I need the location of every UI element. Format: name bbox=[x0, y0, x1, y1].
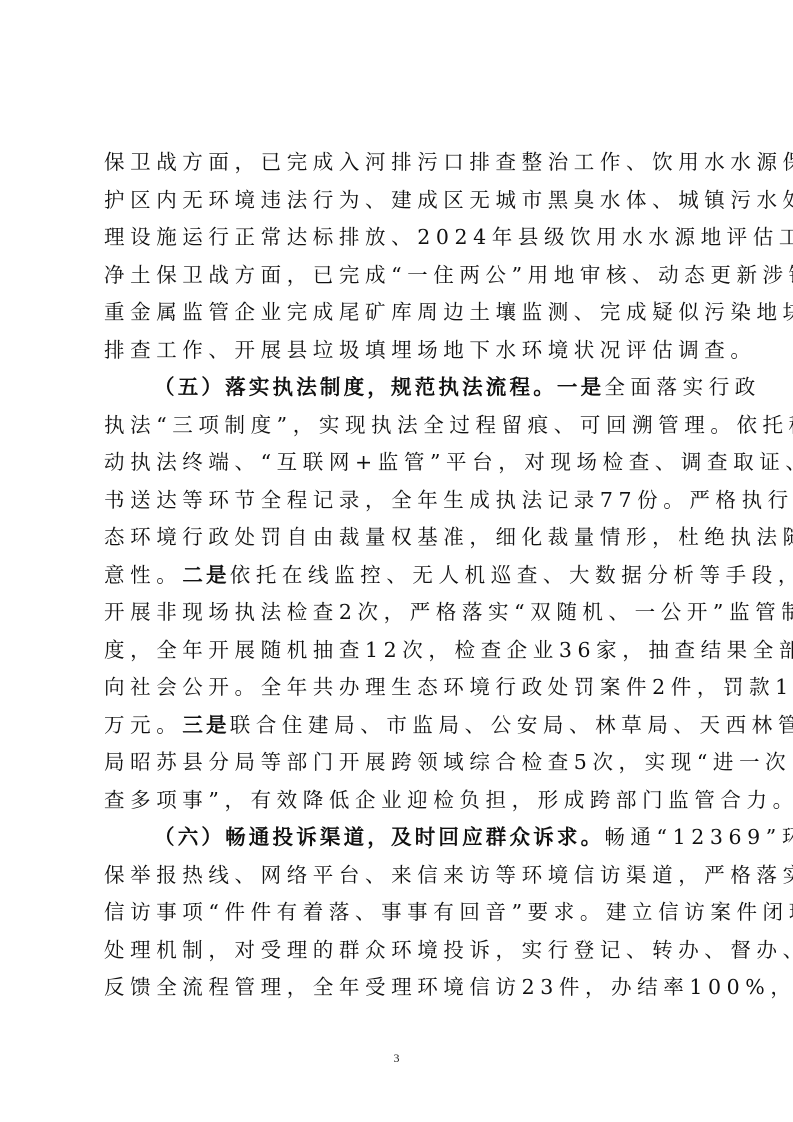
text-run: 信访事项“件件有着落、事事有回音”要求。建立信访案件闭环 bbox=[104, 900, 793, 924]
text-run: 开展非现场执法检查2次，严格落实“双随机、一公开”监管制 bbox=[104, 600, 793, 624]
text-run: 畅通“12369”环 bbox=[604, 825, 793, 849]
text-line: 信访事项“件件有着落、事事有回音”要求。建立信访案件闭环 bbox=[104, 894, 704, 932]
bold-text: 二是 bbox=[182, 563, 229, 587]
text-line: 动执法终端、“互联网+监管”平台，对现场检查、调查取证、文 bbox=[104, 444, 704, 482]
text-line: 万元。三是联合住建局、市监局、公安局、林草局、天西林管 bbox=[104, 707, 704, 745]
text-line: 保卫战方面，已完成入河排污口排查整治工作、饮用水水源保 bbox=[104, 144, 704, 182]
text-line: 意性。二是依托在线监控、无人机巡查、大数据分析等手段， bbox=[104, 557, 704, 595]
text-line: 排查工作、开展县垃圾填埋场地下水环境状况评估调查。 bbox=[104, 332, 704, 370]
bold-text: （五）落实执法制度，规范执法流程。一是 bbox=[154, 375, 604, 399]
text-run: 排查工作、开展县垃圾填埋场地下水环境状况评估调查。 bbox=[104, 338, 757, 362]
text-line: 局昭苏县分局等部门开展跨领域综合检查5次，实现“进一次门、 bbox=[104, 744, 704, 782]
text-run: 全面落实行政 bbox=[604, 375, 761, 399]
text-run: 净土保卫战方面，已完成“一住两公”用地审核、动态更新涉镉 bbox=[104, 263, 793, 287]
text-line: 重金属监管企业完成尾矿库周边土壤监测、完成疑似污染地块 bbox=[104, 294, 704, 332]
text-line: 理设施运行正常达标排放、2024年县级饮用水水源地评估工作。 bbox=[104, 219, 704, 257]
text-run: 保卫战方面，已完成入河排污口排查整治工作、饮用水水源保 bbox=[104, 150, 793, 174]
bold-text: 三是 bbox=[182, 713, 229, 737]
text-run: 向社会公开。全年共办理生态环境行政处罚案件2件，罚款1.8 bbox=[104, 675, 793, 699]
text-run: 理设施运行正常达标排放、2024年县级饮用水水源地评估工作。 bbox=[104, 225, 793, 249]
text-run: 处理机制，对受理的群众环境投诉，实行登记、转办、督办、 bbox=[104, 938, 793, 962]
text-line: 保举报热线、网络平台、来信来访等环境信访渠道，严格落实 bbox=[104, 857, 704, 895]
paragraph-heading-line: （五）落实执法制度，规范执法流程。一是全面落实行政 bbox=[104, 369, 704, 407]
text-line: 向社会公开。全年共办理生态环境行政处罚案件2件，罚款1.8 bbox=[104, 669, 704, 707]
text-run: 护区内无环境违法行为、建成区无城市黑臭水体、城镇污水处 bbox=[104, 188, 793, 212]
text-run: 意性。 bbox=[104, 563, 182, 587]
text-line: 查多项事”，有效降低企业迎检负担，形成跨部门监管合力。 bbox=[104, 782, 704, 820]
page-number: 3 bbox=[0, 1051, 793, 1066]
text-run: 联合住建局、市监局、公安局、林草局、天西林管 bbox=[230, 713, 793, 737]
text-line: 护区内无环境违法行为、建成区无城市黑臭水体、城镇污水处 bbox=[104, 182, 704, 220]
text-line: 态环境行政处罚自由裁量权基准，细化裁量情形，杜绝执法随 bbox=[104, 519, 704, 557]
text-run: 重金属监管企业完成尾矿库周边土壤监测、完成疑似污染地块 bbox=[104, 300, 793, 324]
text-line: 处理机制，对受理的群众环境投诉，实行登记、转办、督办、 bbox=[104, 932, 704, 970]
bold-text: （六）畅通投诉渠道，及时回应群众诉求。 bbox=[154, 825, 604, 849]
text-run: 书送达等环节全程记录，全年生成执法记录77份。严格执行生 bbox=[104, 488, 793, 512]
text-run: 度，全年开展随机抽查12次，检查企业36家，抽查结果全部 bbox=[104, 638, 793, 662]
text-line: 开展非现场执法检查2次，严格落实“双随机、一公开”监管制 bbox=[104, 594, 704, 632]
text-line: 执法“三项制度”，实现执法全过程留痕、可回溯管理。依托移 bbox=[104, 407, 704, 445]
text-line: 反馈全流程管理，全年受理环境信访23件，办结率100%，群 bbox=[104, 969, 704, 1007]
text-run: 态环境行政处罚自由裁量权基准，细化裁量情形，杜绝执法随 bbox=[104, 525, 793, 549]
body-text: 保卫战方面，已完成入河排污口排查整治工作、饮用水水源保护区内无环境违法行为、建成… bbox=[104, 144, 704, 1007]
text-run: 执法“三项制度”，实现执法全过程留痕、可回溯管理。依托移 bbox=[104, 413, 793, 437]
text-run: 反馈全流程管理，全年受理环境信访23件，办结率100%，群 bbox=[104, 975, 793, 999]
text-line: 度，全年开展随机抽查12次，检查企业36家，抽查结果全部 bbox=[104, 632, 704, 670]
text-run: 保举报热线、网络平台、来信来访等环境信访渠道，严格落实 bbox=[104, 863, 793, 887]
paragraph-heading-line: （六）畅通投诉渠道，及时回应群众诉求。畅通“12369”环 bbox=[104, 819, 704, 857]
text-run: 局昭苏县分局等部门开展跨领域综合检查5次，实现“进一次门、 bbox=[104, 750, 793, 774]
text-run: 动执法终端、“互联网+监管”平台，对现场检查、调查取证、文 bbox=[104, 450, 793, 474]
text-run: 查多项事”，有效降低企业迎检负担，形成跨部门监管合力。 bbox=[104, 788, 793, 812]
document-page: 保卫战方面，已完成入河排污口排查整治工作、饮用水水源保护区内无环境违法行为、建成… bbox=[0, 0, 793, 1122]
text-run: 依托在线监控、无人机巡查、大数据分析等手段， bbox=[230, 563, 793, 587]
text-line: 净土保卫战方面，已完成“一住两公”用地审核、动态更新涉镉 bbox=[104, 257, 704, 295]
text-line: 书送达等环节全程记录，全年生成执法记录77份。严格执行生 bbox=[104, 482, 704, 520]
text-run: 万元。 bbox=[104, 713, 182, 737]
